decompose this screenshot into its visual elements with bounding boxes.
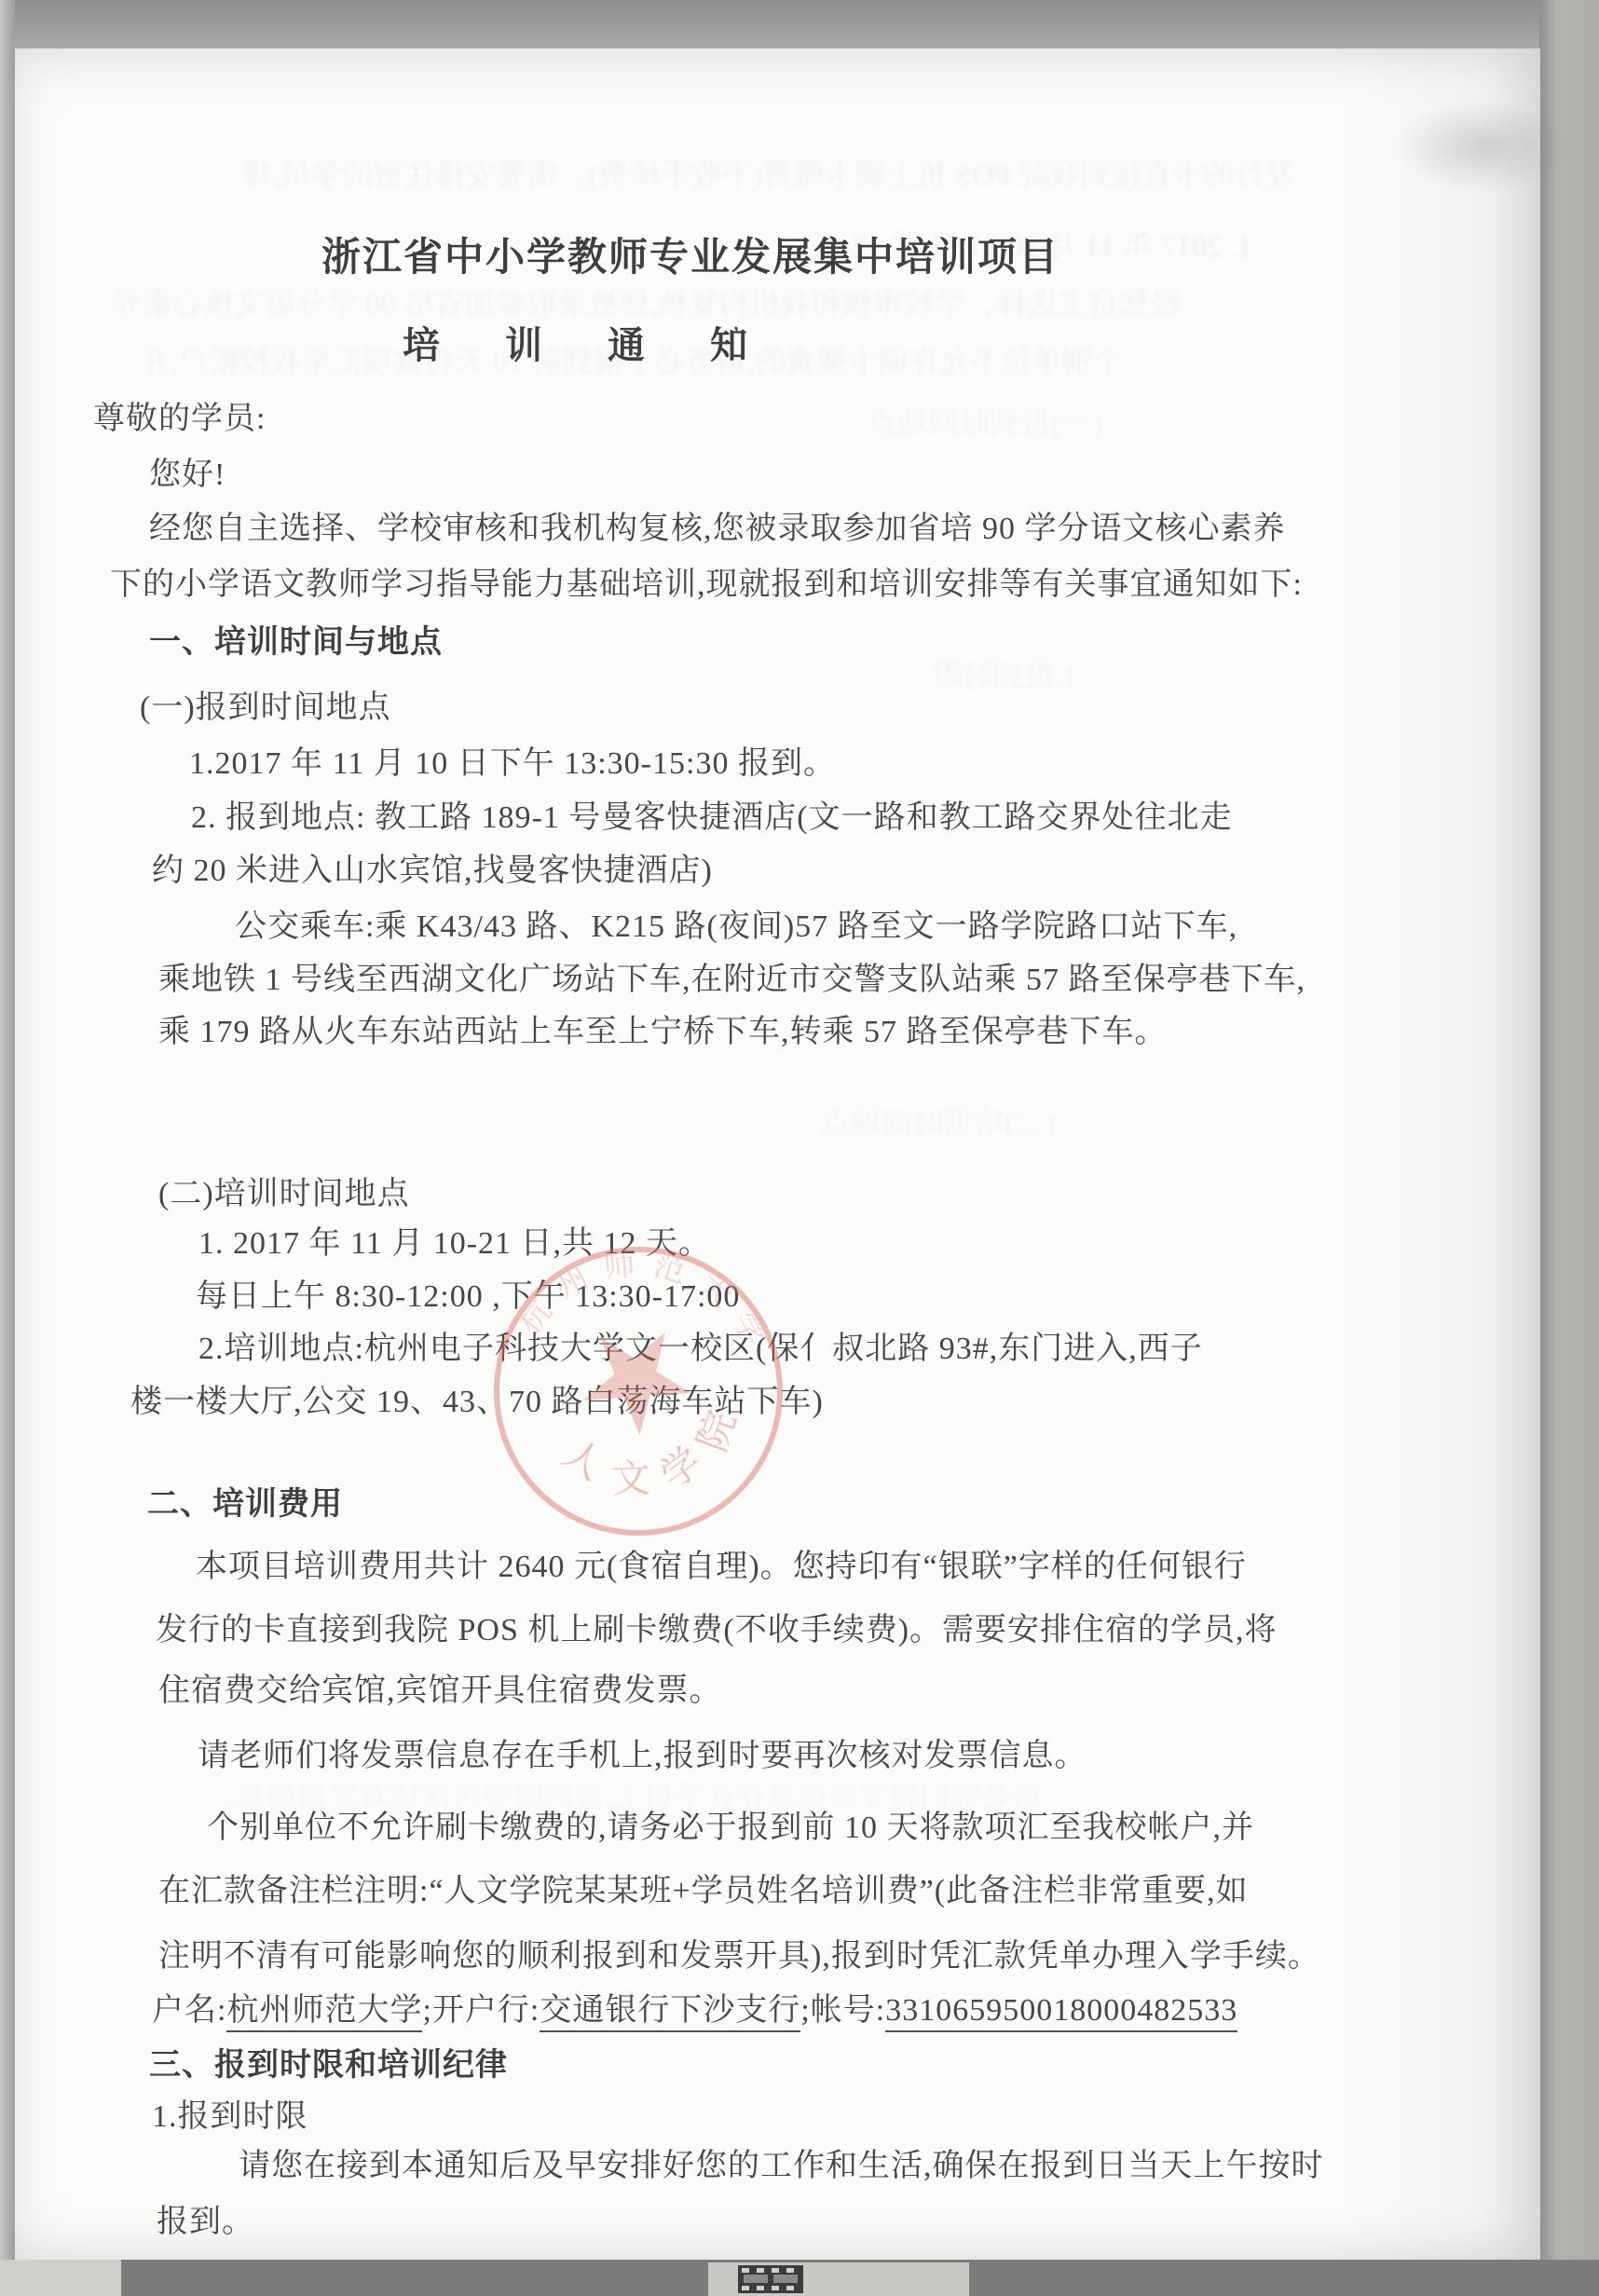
deadline-line-1: 请您在接到本通知后及早安排好您的工作和生活,确保在报到日当天上午按时 [239, 2148, 1324, 2184]
scanner-top-band [0, 0, 1599, 48]
transfer-line-3: 注明不清有可能影响您的顺利报到和发票开具),报到时凭汇款凭单办理入学手续。 [158, 1938, 1320, 1975]
scan-smudge [1394, 100, 1571, 193]
transfer-line-1: 个别单位不允许刷卡缴费的,请务必于报到前 10 天将款项汇至我校帐户,并 [207, 1810, 1254, 1846]
svg-text:人文学院: 人文学院 [544, 1379, 768, 1523]
scan-shading [1335, 48, 1540, 2260]
deadline-line-2: 报到。 [157, 2204, 254, 2240]
account-number-value: 331065950018000482533 [885, 1993, 1237, 2032]
scanner-left-edge [0, 0, 15, 2296]
stamp-visible-text: 人文学院 [544, 1379, 768, 1523]
doc-title: 浙江省中小学教师专业发展集中培训项目 [321, 236, 1059, 280]
greeting-line: 您好! [149, 457, 225, 493]
account-bank-label: ;开户行: [422, 1993, 540, 2028]
section2-heading: 二、培训费用 [147, 1486, 343, 1523]
account-name-label: 户名: [152, 1993, 226, 2028]
section3-heading: 三、报到时限和培训纪律 [149, 2047, 508, 2084]
official-seal-stamp: 杭州师范大学 人文学院 [486, 1239, 790, 1543]
scanned-page: 发行的卡直接到我院 POS 机上刷卡缴费(不收手续费)。需要安排住宿的学员,将 … [0, 0, 1599, 2296]
transfer-line-2: 在汇款备注栏注明:“人文学院某某班+学员姓名培训费”(此备注栏非常重要,如 [158, 1873, 1249, 1909]
document-paper [15, 48, 1540, 2260]
account-line: 户名:杭州师范大学;开户行:交通银行下沙支行;帐号:33106595001800… [152, 1992, 1237, 2029]
salutation: 尊敬的学员: [93, 401, 266, 437]
account-number-label: ;帐号: [800, 1993, 885, 2028]
account-bank-value: 交通银行下沙支行 [540, 1993, 800, 2032]
fee-line-1: 本项目培训费用共计 2640 元(食宿自理)。您持印有“银联”字样的任何银行 [196, 1549, 1247, 1585]
film-strip-icon [738, 2265, 803, 2293]
fee-line-3: 住宿费交给宾馆,宾馆开具住宿费发票。 [158, 1673, 722, 1709]
invoice-note-line: 请老师们将发票信息存在手机上,报到时要再次核对发票信息。 [198, 1738, 1087, 1774]
scanner-right-band [1539, 0, 1599, 2296]
report-time-item: 1.2017 年 11 月 10 日下午 13:30-15:30 报到。 [189, 745, 836, 782]
scanner-bottom-corner [0, 2260, 121, 2296]
section1-sub1-heading: (一)报到时间地点 [140, 690, 391, 726]
fee-line-2: 发行的卡直接到我院 POS 机上刷卡缴费(不收手续费)。需要安排住宿的学员,将 [156, 1612, 1278, 1648]
account-name-value: 杭州师范大学 [226, 1993, 422, 2032]
report-place-line-2: 约 20 米进入山水宾馆,找曼客快捷酒店) [152, 853, 713, 889]
doc-subtitle: 培 训 通 知 [403, 324, 775, 367]
report-place-line-1: 2. 报到地点: 教工路 189-1 号曼客快捷酒店(文一路和教工路交界处往北走 [191, 799, 1233, 836]
section1-heading: 一、培训时间与地点 [149, 624, 443, 661]
intro-line-1: 经您自主选择、学校审核和我机构复核,您被录取参加省培 90 学分语文核心素养 [149, 511, 1286, 547]
bus-route-line-2: 乘地铁 1 号线至西湖文化广场站下车,在附近市交警支队站乘 57 路至保亭巷下车… [158, 962, 1305, 998]
bus-route-line-3: 乘 179 路从火车东站西站上车至上宁桥下车,转乘 57 路至保亭巷下车。 [158, 1014, 1168, 1050]
section1-sub2-heading: (二)培训时间地点 [158, 1176, 410, 1212]
intro-line-2: 下的小学语文教师学习指导能力基础培训,现就报到和培训安排等有关事宜通知如下: [110, 567, 1303, 603]
bus-route-line-1: 公交乘车:乘 K43/43 路、K215 路(夜间)57 路至文一路学院路口站下… [235, 909, 1237, 945]
deadline-item: 1.报到时限 [152, 2098, 308, 2135]
